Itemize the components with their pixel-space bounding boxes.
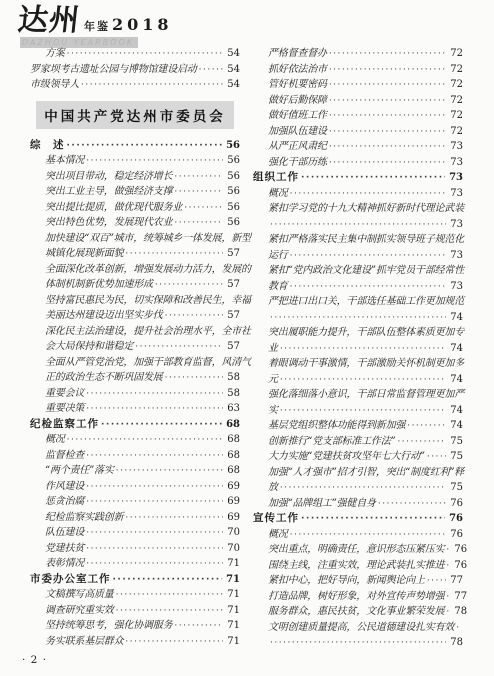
logo-title-cn: 达州 <box>16 6 81 36</box>
entry-title: 加强队伍建设 <box>268 124 327 140</box>
toc-entry: 加强“品牌组工”强健自身76 <box>253 496 463 512</box>
dot-leader <box>407 418 446 435</box>
toc-entry: 概况68 <box>30 432 240 448</box>
dot-leader <box>290 186 447 203</box>
toc-row: 概况68 <box>30 432 240 448</box>
page-number: 73 <box>448 248 463 264</box>
page-number: 56 <box>224 138 240 154</box>
toc-row: 加强队伍建设72 <box>253 124 463 140</box>
dot-leader <box>329 62 446 79</box>
page-number: 75 <box>448 434 463 450</box>
toc-row: 坚持富民惠民为民，切实保障和改善民生，幸福 <box>30 293 240 309</box>
toc-entry: 文稿撰写高质量71 <box>30 587 240 603</box>
page-number: 69 <box>225 494 240 510</box>
toc-row: 73 <box>253 217 463 233</box>
entry-title: 队伍建设 <box>45 525 84 541</box>
toc-row: 管好机要密码72 <box>253 77 463 93</box>
entry-title: 坚持统筹思考，强化协调服务 <box>45 618 172 634</box>
toc-row: 全面从严管党治党，加强干部教育监督，风清气 <box>30 355 240 371</box>
toc-entry: 做好后勤保障72 <box>253 93 463 109</box>
entry-title: 从严正风肃纪 <box>268 139 327 155</box>
entry-title: 文稿撰写高质量 <box>45 587 114 603</box>
dot-leader <box>329 124 446 141</box>
dot-leader <box>125 510 223 527</box>
dot-leader <box>116 603 224 620</box>
page-number: 74 <box>448 341 463 357</box>
entry-title: 紧扣中心，把好导向，新闻舆论向上 <box>268 573 425 589</box>
page-number: 72 <box>448 108 463 124</box>
page-number: 73 <box>447 170 463 186</box>
toc-row: 概况73 <box>253 186 463 202</box>
dot-leader <box>378 496 446 513</box>
page-number: 76 <box>452 558 467 574</box>
entry-title: 实 <box>268 403 278 419</box>
page-number: 72 <box>448 93 463 109</box>
entry-title: 组织工作 <box>253 170 299 186</box>
logo-year: 2018 <box>112 17 173 33</box>
page-number: 75 <box>448 449 463 465</box>
entry-title: 坚持富民惠民为民，切实保障和改善民生，幸福 <box>45 293 251 309</box>
toc-entry: 重要决策63 <box>30 401 240 417</box>
toc-entry: 抓好依法治市72 <box>253 62 463 78</box>
page-number: 54 <box>225 46 240 62</box>
toc-column-left: 方案54罗家坝考古遗址公园与博物馆建设启动54市级领导人54中国共产党达州市委员… <box>30 46 240 651</box>
toc-entry: 着眼调动干事激情，干部激励关怀机制更加多元74 <box>253 356 463 387</box>
toc-row: 纪检监察工作68 <box>30 417 240 433</box>
toc-entry: 做好值班工作72 <box>253 108 463 124</box>
dot-leader <box>86 448 223 465</box>
toc-row: 业74 <box>253 341 463 357</box>
toc-entry: 调查研究重实效71 <box>30 603 240 619</box>
page-number: 68 <box>225 463 240 479</box>
entry-title: 突出履职能力提升，干部队伍整体素质更加专 <box>268 325 464 341</box>
toc-entry: 紧扣学习党的十九大精神抓好新时代理论武装73 <box>253 201 463 232</box>
page-number: 56 <box>225 153 240 169</box>
toc-row: 正的政治生态不断巩固发展58 <box>30 370 240 386</box>
toc-entry: 围绕主线，注重实效，理论武装扎实推进76 <box>253 558 463 574</box>
page-number: 71 <box>225 587 240 603</box>
entry-title: 调查研究重实效 <box>45 603 114 619</box>
folio-page-number: · 2 · <box>22 654 47 666</box>
toc-row: 城镇化展现新面貌57 <box>30 246 240 262</box>
toc-row: 突出重点，明确责任，意识形态压紧压实76 <box>253 542 463 558</box>
toc-entry: 紧扣严格落实民主集中制抓实领导班子规范化运行73 <box>253 232 463 263</box>
entry-title: 监督检查 <box>45 448 84 464</box>
entry-title: 美丽达州建设迈出坚实步伐 <box>45 308 163 324</box>
toc-row: 惩贪治腐69 <box>30 494 240 510</box>
toc-row: 市委办公室工作71 <box>30 572 240 588</box>
dot-leader <box>270 310 446 327</box>
toc-row: 打造品牌，树好形象，对外宣传声势增强77 <box>253 589 463 605</box>
toc-entry: 突出重点，明确责任，意识形态压紧压实76 <box>253 542 463 558</box>
entry-title: 元 <box>268 372 278 388</box>
toc-entry: 突出特色优势，发展现代农业56 <box>30 215 240 231</box>
page-number: 63 <box>225 401 240 417</box>
dot-leader <box>329 155 446 172</box>
toc-row: 全面深化改革创新，增强发展动力活力，发展的 <box>30 262 240 278</box>
toc-entry: 紧扣中心，把好导向，新闻舆论向上77 <box>253 573 463 589</box>
toc-row: 实74 <box>253 403 463 419</box>
dot-leader <box>329 77 446 94</box>
entry-title: 重要会议 <box>45 386 84 402</box>
toc-entry: 市级领导人54 <box>30 77 240 93</box>
toc-row: 调查研究重实效71 <box>30 603 240 619</box>
toc-row: 抓好依法治市72 <box>253 62 463 78</box>
page-number: 57 <box>225 308 240 324</box>
entry-title: 全面从严管党治党，加强干部教育监督，风清气 <box>45 355 251 371</box>
toc-row: 加强“品牌组工”强健自身76 <box>253 496 463 512</box>
dot-leader <box>165 370 224 387</box>
toc-row: 元74 <box>253 372 463 388</box>
toc-row: 重要决策63 <box>30 401 240 417</box>
toc-entry: 强化干部历练73 <box>253 155 463 171</box>
entry-title: 重要决策 <box>45 401 84 417</box>
toc-entry: “两个责任”落实68 <box>30 463 240 479</box>
dot-leader <box>174 184 223 201</box>
dot-leader <box>184 200 223 217</box>
page-number: 74 <box>448 310 463 326</box>
toc-row: 突出特色优势，发展现代农业56 <box>30 215 240 231</box>
toc-row: 党建扶贫70 <box>30 541 240 557</box>
toc-row: 体制机制新优势加速形成57 <box>30 277 240 293</box>
toc-row: 作风建设69 <box>30 479 240 495</box>
entry-title: 务实联系基层群众 <box>45 634 123 650</box>
page-number: 74 <box>448 372 463 388</box>
entry-title: 文明创建质量提高，公民道德建设扎实有效 <box>268 620 454 636</box>
entry-title: 强化落细落小意识，干部日常监督管理更加严 <box>268 387 464 403</box>
entry-title: 做好值班工作 <box>268 108 327 124</box>
page-number: 74 <box>448 418 463 434</box>
toc-entry: 突出项目带动，稳定经济增长56 <box>30 169 240 185</box>
dot-leader <box>81 77 223 94</box>
dot-leader <box>113 572 223 589</box>
toc-row: 宣传工作76 <box>253 511 463 527</box>
dot-leader <box>86 386 223 403</box>
page-number: 71 <box>225 618 240 634</box>
toc-row: 运行73 <box>253 248 463 264</box>
toc-row: 表彰情况71 <box>30 556 240 572</box>
entry-title: 教育 <box>268 279 288 295</box>
entry-title: 基本情况 <box>45 153 84 169</box>
page-number: 74 <box>448 403 463 419</box>
toc-column-right: 严格督查督办72抓好依法治市72管好机要密码72做好后勤保障72做好值班工作72… <box>253 46 463 651</box>
dot-leader <box>165 308 224 325</box>
dot-leader <box>446 542 450 559</box>
dot-leader <box>174 618 223 635</box>
entry-title: 正的政治生态不断巩固发展 <box>45 370 163 386</box>
dot-leader <box>280 341 446 358</box>
entry-title: 服务群众，惠民扶贫，文化事业繁荣发展 <box>268 604 444 620</box>
toc-row: 紧扣学习党的十九大精神抓好新时代理论武装 <box>253 201 463 217</box>
dot-leader <box>155 277 223 294</box>
toc-entry: 从严正风肃纪73 <box>253 139 463 155</box>
toc-row: 方案54 <box>30 46 240 62</box>
toc-row: 教育73 <box>253 279 463 295</box>
toc-entry: 加快建设“双百”城市，统筹城乡一体发展，新型城镇化展现新面貌57 <box>30 231 240 262</box>
dot-leader <box>329 108 446 125</box>
toc-row: 组织工作73 <box>253 170 463 186</box>
page-number: 56 <box>225 215 240 231</box>
page-number: 78 <box>448 635 463 651</box>
entry-title: 党建扶贫 <box>45 541 84 557</box>
entry-title: 市级领导人 <box>30 77 79 93</box>
page-number: 68 <box>225 448 240 464</box>
toc-row: 严格督查督办72 <box>253 46 463 62</box>
toc-row: “两个责任”落实68 <box>30 463 240 479</box>
toc-entry: 坚持统筹思考，强化协调服务71 <box>30 618 240 634</box>
dot-leader <box>329 139 446 156</box>
entry-title: 综 述 <box>30 138 65 154</box>
toc-entry: 打造品牌，树好形象，对外宣传声势增强77 <box>253 589 463 605</box>
entry-title: 抓好依法治市 <box>268 62 327 78</box>
page-number: 69 <box>225 479 240 495</box>
toc-row: 市级领导人54 <box>30 77 240 93</box>
dot-leader <box>86 479 223 496</box>
page-number: 77 <box>448 573 463 589</box>
entry-title: 紧扣“党内政治文化建设”抓牢党员干部经常性 <box>268 263 464 279</box>
page-number: 72 <box>448 46 463 62</box>
toc-entry: 方案54 <box>30 46 240 62</box>
page-number: 78 <box>452 604 467 620</box>
toc-content: 方案54罗家坝考古遗址公园与博物馆建设启动54市级领导人54中国共产党达州市委员… <box>30 46 463 651</box>
dot-leader <box>125 246 223 263</box>
page-number: 71 <box>225 634 240 650</box>
page-number: 56 <box>225 200 240 216</box>
toc-row: 务实联系基层群众71 <box>30 634 240 650</box>
dot-leader <box>86 401 223 418</box>
toc-row: 强化干部历练73 <box>253 155 463 171</box>
toc-entry: 监督检查68 <box>30 448 240 464</box>
page-number: 56 <box>225 169 240 185</box>
dot-leader <box>456 620 461 637</box>
page-number: 70 <box>225 541 240 557</box>
entry-title: 方案 <box>45 46 65 62</box>
toc-row: 围绕主线，注重实效，理论武装扎实推进76 <box>253 558 463 574</box>
toc-row: 从严正风肃纪73 <box>253 139 463 155</box>
toc-section-entry: 综 述56 <box>30 138 240 154</box>
toc-section-entry: 宣传工作76 <box>253 511 463 527</box>
page-number: 58 <box>225 370 240 386</box>
toc-entry: 坚持富民惠民为民，切实保障和改善民生，幸福美丽达州建设迈出坚实步伐57 <box>30 293 240 324</box>
toc-row: 纪检监察实践创新69 <box>30 510 240 526</box>
page-number: 76 <box>448 496 463 512</box>
toc-row: 大力实施“党建扶贫攻坚年七大行动”75 <box>253 449 463 465</box>
entry-title: 概况 <box>45 432 65 448</box>
dot-leader <box>427 573 446 590</box>
page-number: 71 <box>225 556 240 572</box>
entry-title: 突出特色优势，发展现代农业 <box>45 215 172 231</box>
page-number: 58 <box>225 386 240 402</box>
page-number: 72 <box>448 124 463 140</box>
entry-title: 突出项目带动，稳定经济增长 <box>45 169 172 185</box>
page-number: 72 <box>448 77 463 93</box>
dot-leader <box>135 339 223 356</box>
dot-leader <box>329 46 446 63</box>
entry-title: 紧扣学习党的十九大精神抓好新时代理论武装 <box>268 201 464 217</box>
page-number: 54 <box>225 77 240 93</box>
dot-leader <box>174 215 223 232</box>
toc-row: 放75 <box>253 480 463 496</box>
toc-row: 服务群众，惠民扶贫，文化事业繁荣发展78 <box>253 604 463 620</box>
toc-entry: 全面深化改革创新，增强发展动力活力，发展的体制机制新优势加速形成57 <box>30 262 240 293</box>
toc-row: 概况76 <box>253 527 463 543</box>
toc-entry: 突出工业主导，做强经济支撑56 <box>30 184 240 200</box>
dot-leader <box>67 46 224 63</box>
entry-title: 管好机要密码 <box>268 77 327 93</box>
dot-leader <box>116 587 224 604</box>
page-number: 73 <box>448 155 463 171</box>
dot-leader <box>446 589 450 606</box>
entry-title: 深化民主法治建设，提升社会治理水平，全市社 <box>45 324 251 340</box>
entry-title: 突出提比提质，做优现代服务业 <box>45 200 182 216</box>
dot-leader <box>280 480 446 497</box>
page-number: 73 <box>448 279 463 295</box>
page-number: 71 <box>224 572 240 588</box>
toc-entry: 概况76 <box>253 527 463 543</box>
dot-leader <box>270 217 446 234</box>
dot-leader <box>86 541 223 558</box>
toc-entry: 基本情况56 <box>30 153 240 169</box>
entry-title: 突出重点，明确责任，意识形态压紧压实 <box>268 542 444 558</box>
toc-entry: 概况73 <box>253 186 463 202</box>
toc-entry: 强化落细落小意识，干部日常监督管理更加严实74 <box>253 387 463 418</box>
dot-leader <box>290 527 447 544</box>
entry-title: 严把进口出口关，干部选任基础工作更加规范 <box>268 294 464 310</box>
toc-entry: 纪检监察实践创新69 <box>30 510 240 526</box>
dot-leader <box>86 556 223 573</box>
toc-row: 监督检查68 <box>30 448 240 464</box>
dot-leader <box>116 463 224 480</box>
entry-title: 市委办公室工作 <box>30 572 111 588</box>
dot-leader <box>174 169 223 186</box>
toc-entry: 队伍建设70 <box>30 525 240 541</box>
toc-entry: 大力实施“党建扶贫攻坚年七大行动”75 <box>253 449 463 465</box>
entry-title: 作风建设 <box>45 479 84 495</box>
toc-row: 基本情况56 <box>30 153 240 169</box>
toc-row: 基层党组织整体功能得到新加强74 <box>253 418 463 434</box>
toc-entry: 突出提比提质，做优现代服务业56 <box>30 200 240 216</box>
entry-title: 体制机制新优势加速形成 <box>45 277 153 293</box>
toc-row: 创新推行“党支部标准工作法”75 <box>253 434 463 450</box>
toc-row: 74 <box>253 310 463 326</box>
entry-title: 概况 <box>268 527 288 543</box>
toc-entry: 务实联系基层群众71 <box>30 634 240 650</box>
toc-row: 着眼调动干事激情，干部激励关怀机制更加多 <box>253 356 463 372</box>
toc-row: 加强“人才强市”招才引智，突出“制度红利”释 <box>253 465 463 481</box>
page-number: 70 <box>225 525 240 541</box>
entry-title: 强化干部历练 <box>268 155 327 171</box>
page-number: 69 <box>225 510 240 526</box>
toc-entry: 表彰情况71 <box>30 556 240 572</box>
toc-row: 做好后勤保障72 <box>253 93 463 109</box>
toc-row: 严把进口出口关，干部选任基础工作更加规范 <box>253 294 463 310</box>
page-number: 72 <box>448 62 463 78</box>
toc-entry: 深化民主法治建设，提升社会治理水平，全市社会大局保持和谐稳定57 <box>30 324 240 355</box>
toc-row: 强化落细落小意识，干部日常监督管理更加严 <box>253 387 463 403</box>
toc-row: 紧扣严格落实民主集中制抓实领导班子规范化 <box>253 232 463 248</box>
entry-title: 加强“人才强市”招才引智，突出“制度红利”释 <box>268 465 464 481</box>
entry-title: 纪检监察实践创新 <box>45 510 123 526</box>
toc-row: 78 <box>253 635 463 651</box>
entry-title: 业 <box>268 341 278 357</box>
entry-title: 突出工业主导，做强经济支撑 <box>45 184 172 200</box>
entry-title: 全面深化改革创新，增强发展动力活力，发展的 <box>45 262 251 278</box>
entry-title: 概况 <box>268 186 288 202</box>
toc-entry: 创新推行“党支部标准工作法”75 <box>253 434 463 450</box>
page-number: 73 <box>448 217 463 233</box>
entry-title: 打造品牌，树好形象，对外宣传声势增强 <box>268 589 444 605</box>
dot-leader <box>427 449 446 466</box>
dot-leader <box>280 403 446 420</box>
page-number: 68 <box>225 432 240 448</box>
entry-title: 纪检监察工作 <box>30 417 99 433</box>
dot-leader <box>301 511 445 528</box>
toc-entry: 惩贪治腐69 <box>30 494 240 510</box>
page-number: 54 <box>225 62 240 78</box>
dot-leader <box>86 494 223 511</box>
entry-title: 基层党组织整体功能得到新加强 <box>268 418 405 434</box>
toc-row: 队伍建设70 <box>30 525 240 541</box>
page-number: 68 <box>224 417 240 433</box>
page-number: 75 <box>448 480 463 496</box>
page-number: 73 <box>448 139 463 155</box>
entry-title: 紧扣严格落实民主集中制抓实领导班子规范化 <box>268 232 464 248</box>
entry-title: 做好后勤保障 <box>268 93 327 109</box>
dot-leader <box>86 525 223 542</box>
dot-leader <box>290 248 447 265</box>
entry-title: 严格督查督办 <box>268 46 327 62</box>
toc-entry: 文明创建质量提高，公民道德建设扎实有效78 <box>253 620 463 651</box>
page-number: 57 <box>225 277 240 293</box>
entry-title: 着眼调动干事激情，干部激励关怀机制更加多 <box>268 356 464 372</box>
yearbook-logo: 达州 年鉴 2018 DAZHOU YEARBOOK <box>18 6 173 48</box>
toc-entry: 加强“人才强市”招才引智，突出“制度红利”释放75 <box>253 465 463 496</box>
toc-entry: 全面从严管党治党，加强干部教育监督，风清气正的政治生态不断巩固发展58 <box>30 355 240 386</box>
page-number: 77 <box>452 589 467 605</box>
dot-leader <box>125 634 223 651</box>
entry-title: “两个责任”落实 <box>45 463 114 479</box>
toc-entry: 服务群众，惠民扶贫，文化事业繁荣发展78 <box>253 604 463 620</box>
dot-leader <box>290 279 447 296</box>
dot-leader <box>67 138 223 155</box>
toc-entry: 紧扣“党内政治文化建设”抓牢党员干部经常性教育73 <box>253 263 463 294</box>
entry-title: 放 <box>268 480 278 496</box>
toc-row: 紧扣中心，把好导向，新闻舆论向上77 <box>253 573 463 589</box>
entry-title: 罗家坝考古遗址公园与博物馆建设启动 <box>30 62 197 78</box>
toc-row: 罗家坝考古遗址公园与博物馆建设启动54 <box>30 62 240 78</box>
toc-row: 加快建设“双百”城市，统筹城乡一体发展，新型 <box>30 231 240 247</box>
toc-row: 文明创建质量提高，公民道德建设扎实有效 <box>253 620 463 636</box>
dot-leader <box>446 604 450 621</box>
toc-entry: 党建扶贫70 <box>30 541 240 557</box>
entry-title: 宣传工作 <box>253 511 299 527</box>
entry-title: 加强“品牌组工”强健自身 <box>268 496 376 512</box>
page-number: 57 <box>225 246 240 262</box>
toc-row: 坚持统筹思考，强化协调服务71 <box>30 618 240 634</box>
dot-leader <box>301 170 445 187</box>
toc-row: 突出提比提质，做优现代服务业56 <box>30 200 240 216</box>
dot-leader <box>101 417 222 434</box>
entry-title: 运行 <box>268 248 288 264</box>
toc-row: 做好值班工作72 <box>253 108 463 124</box>
toc-entry: 突出履职能力提升，干部队伍整体素质更加专业74 <box>253 325 463 356</box>
toc-row: 深化民主法治建设，提升社会治理水平，全市社 <box>30 324 240 340</box>
toc-section-entry: 组织工作73 <box>253 170 463 186</box>
entry-title: 创新推行“党支部标准工作法” <box>268 434 395 450</box>
toc-row: 文稿撰写高质量71 <box>30 587 240 603</box>
dot-leader <box>67 432 224 449</box>
toc-row: 美丽达州建设迈出坚实步伐57 <box>30 308 240 324</box>
